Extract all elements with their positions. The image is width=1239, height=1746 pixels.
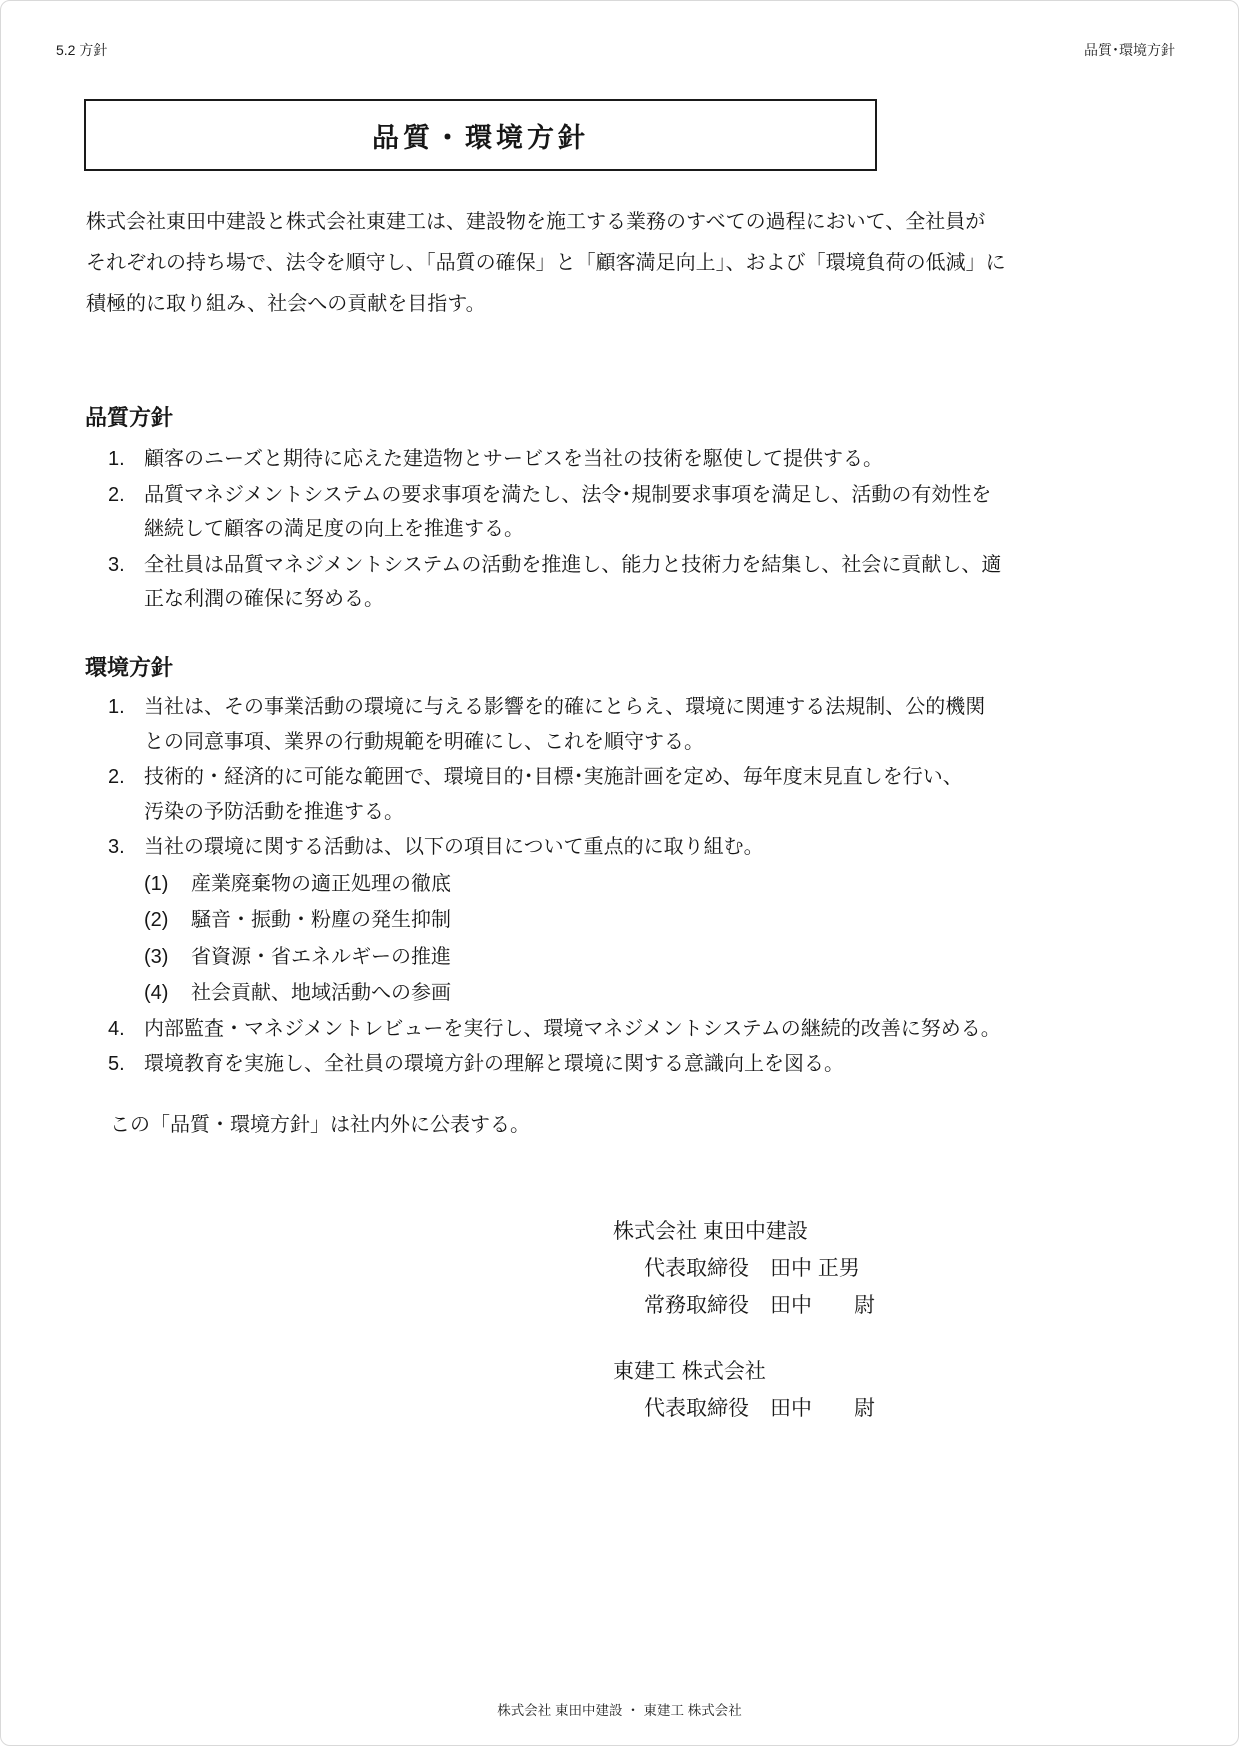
signature-officer: 代表取締役 田中 尉 <box>644 1390 875 1427</box>
item-number: 1. <box>108 690 144 759</box>
header-section-number: 5.2 方針 <box>56 40 107 60</box>
signature-block: 東建工 株式会社 代表取締役 田中 尉 <box>613 1353 875 1427</box>
list-item: 5. 環境教育を実施し、全社員の環境方針の理解と環境に関する意識向上を図る。 <box>108 1047 1001 1082</box>
item-line: 正な利潤の確保に努める。 <box>144 582 1001 617</box>
signature-block: 株式会社 東田中建設 代表取締役 田中 正男 常務取締役 田中 尉 <box>613 1213 875 1324</box>
document-page: 5.2 方針 品質･環境方針 品質・環境方針 株式会社東田中建設と株式会社東建工… <box>0 0 1239 1746</box>
intro-line: 積極的に取り組み、社会への貢献を目指す。 <box>86 284 1006 325</box>
intro-paragraph: 株式会社東田中建設と株式会社東建工は、建設物を施工する業務のすべての過程において… <box>86 202 1006 325</box>
item-number: 1. <box>108 442 144 477</box>
item-number: 4. <box>108 1012 144 1047</box>
quality-policy-list: 1. 顧客のニーズと期待に応えた建造物とサービスを当社の技術を駆使して提供する。… <box>108 442 1001 617</box>
item-number: 2. <box>108 478 144 547</box>
signature-officer: 代表取締役 田中 正男 <box>644 1250 875 1287</box>
quality-policy-heading: 品質方針 <box>85 401 173 432</box>
item-line: 品質マネジメントシステムの要求事項を満たし、法令･規制要求事項を満足し、活動の有… <box>144 478 991 513</box>
subitem-number: (1) <box>144 867 191 902</box>
item-line: との同意事項、業界の行動規範を明確にし、これを順守する。 <box>144 725 985 760</box>
signature-company: 株式会社 東田中建設 <box>613 1213 875 1250</box>
item-line: 継続して顧客の満足度の向上を推進する。 <box>144 512 991 547</box>
subitem: (2) 騒音・振動・粉塵の発生抑制 <box>144 903 764 938</box>
subitem: (3) 省資源・省エネルギーの推進 <box>144 940 764 975</box>
item-line: 顧客のニーズと期待に応えた建造物とサービスを当社の技術を駆使して提供する。 <box>144 448 883 470</box>
policy-title-box: 品質・環境方針 <box>84 99 877 171</box>
item-number: 2. <box>108 760 144 829</box>
item-number: 3. <box>108 548 144 617</box>
item-number: 5. <box>108 1047 144 1082</box>
subitem-text: 騒音・振動・粉塵の発生抑制 <box>191 903 451 938</box>
environment-policy-list: 1. 当社は、その事業活動の環境に与える影響を的確にとらえ、環境に関連する法規制… <box>108 690 1001 1082</box>
closing-statement: この「品質・環境方針」は社内外に公表する。 <box>110 1108 530 1137</box>
item-line: 全社員は品質マネジメントシステムの活動を推進し、能力と技術力を結集し、社会に貢献… <box>144 548 1001 583</box>
item-line: 当社の環境に関する活動は、以下の項目について重点的に取り組む。 <box>144 830 764 865</box>
subitem-text: 省資源・省エネルギーの推進 <box>191 940 451 975</box>
item-line: 環境教育を実施し、全社員の環境方針の理解と環境に関する意識向上を図る。 <box>144 1053 844 1075</box>
header-doc-title: 品質･環境方針 <box>1084 40 1175 60</box>
subitem-list: (1) 産業廃棄物の適正処理の徹底 (2) 騒音・振動・粉塵の発生抑制 (3) … <box>144 867 764 1011</box>
list-item: 3. 当社の環境に関する活動は、以下の項目について重点的に取り組む。 (1) 産… <box>108 830 1001 1011</box>
subitem: (4) 社会貢献、地域活動への参画 <box>144 976 764 1011</box>
item-line: 技術的・経済的に可能な範囲で、環境目的･目標･実施計画を定め、毎年度末見直しを行… <box>144 760 963 795</box>
subitem: (1) 産業廃棄物の適正処理の徹底 <box>144 867 764 902</box>
item-line: 内部監査・マネジメントレビューを実行し、環境マネジメントシステムの継続的改善に努… <box>144 1018 1001 1040</box>
subitem-number: (2) <box>144 903 191 938</box>
list-item: 1. 当社は、その事業活動の環境に与える影響を的確にとらえ、環境に関連する法規制… <box>108 690 1001 759</box>
subitem-text: 社会貢献、地域活動への参画 <box>191 976 451 1011</box>
list-item: 2. 技術的・経済的に可能な範囲で、環境目的･目標･実施計画を定め、毎年度末見直… <box>108 760 1001 829</box>
item-number: 3. <box>108 830 144 1011</box>
signature-company: 東建工 株式会社 <box>613 1353 875 1390</box>
subitem-number: (4) <box>144 976 191 1011</box>
intro-line: それぞれの持ち場で、法令を順守し、「品質の確保」と「顧客満足向上」、および「環境… <box>86 243 1006 284</box>
list-item: 1. 顧客のニーズと期待に応えた建造物とサービスを当社の技術を駆使して提供する。 <box>108 442 1001 477</box>
subitem-number: (3) <box>144 940 191 975</box>
signature-officer: 常務取締役 田中 尉 <box>644 1287 875 1324</box>
item-line: 汚染の予防活動を推進する。 <box>144 795 963 830</box>
intro-line: 株式会社東田中建設と株式会社東建工は、建設物を施工する業務のすべての過程において… <box>86 202 1006 243</box>
list-item: 4. 内部監査・マネジメントレビューを実行し、環境マネジメントシステムの継続的改… <box>108 1012 1001 1047</box>
policy-title: 品質・環境方針 <box>372 116 589 155</box>
footer-text: 株式会社 東田中建設 ・ 東建工 株式会社 <box>1 1699 1238 1719</box>
item-line: 当社は、その事業活動の環境に与える影響を的確にとらえ、環境に関連する法規制、公的… <box>144 690 985 725</box>
subitem-text: 産業廃棄物の適正処理の徹底 <box>191 867 451 902</box>
list-item: 2. 品質マネジメントシステムの要求事項を満たし、法令･規制要求事項を満足し、活… <box>108 478 1001 547</box>
environment-policy-heading: 環境方針 <box>85 651 173 682</box>
list-item: 3. 全社員は品質マネジメントシステムの活動を推進し、能力と技術力を結集し、社会… <box>108 548 1001 617</box>
